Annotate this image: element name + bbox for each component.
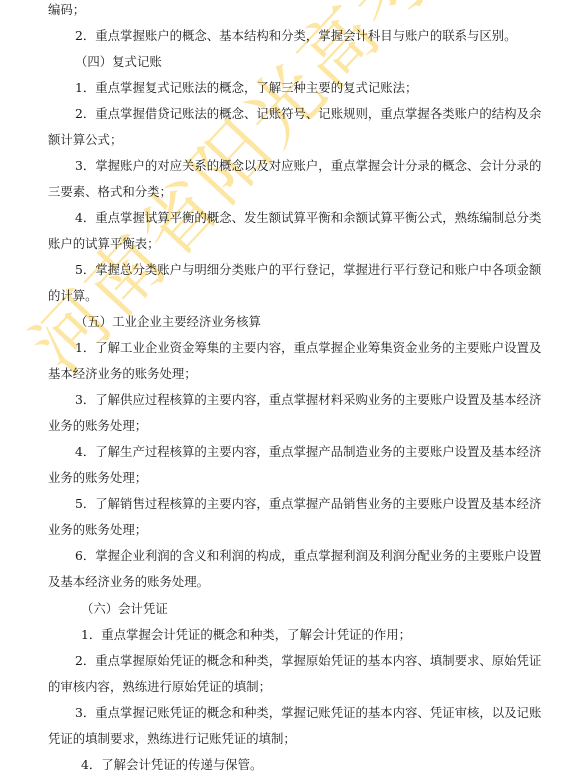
paragraph-line: 凭证的填制要求，熟练进行记账凭证的填制； bbox=[48, 731, 296, 747]
paragraph-line: 业务的账务处理； bbox=[48, 418, 147, 434]
paragraph-line: 的计算。 bbox=[48, 288, 98, 304]
paragraph-line: 额计算公式； bbox=[48, 132, 122, 148]
paragraph-line: 4．了解会计凭证的传递与保管。 bbox=[81, 757, 262, 773]
paragraph-line: 账户的试算平衡表； bbox=[48, 236, 160, 252]
paragraph-line: 4．重点掌握试算平衡的概念、发生额试算平衡和余额试算平衡公式，熟练编制总分类 bbox=[75, 210, 541, 226]
paragraph-line: 编码； bbox=[48, 2, 85, 18]
paragraph-line: 3．重点掌握记账凭证的概念和种类，掌握记账凭证的基本内容、凭证审核，以及记账 bbox=[75, 705, 541, 721]
document-page: 河南省阳光高考 编码； 2．重点掌握账户的概念、基本结构和分类，掌握会计科目与账… bbox=[0, 0, 565, 779]
paragraph-line: 及基本经济业务的账务处理。 bbox=[48, 574, 209, 590]
paragraph-line: 1．重点掌握复式记账法的概念，了解三种主要的复式记账法； bbox=[75, 80, 417, 96]
paragraph-line: 三要素、格式和分类； bbox=[48, 184, 172, 200]
paragraph-line: 1．重点掌握会计凭证的概念和种类，了解会计凭证的作用； bbox=[81, 627, 411, 643]
paragraph-line: 5．了解销售过程核算的主要内容，重点掌握产品销售业务的主要账户设置及基本经济 bbox=[75, 496, 541, 512]
paragraph-line: 的审核内容，熟练进行原始凭证的填制； bbox=[48, 679, 271, 695]
section-heading: （五）工业企业主要经济业务核算 bbox=[75, 314, 261, 330]
paragraph-line: 2．重点掌握借贷记账法的概念、记账符号、记账规则，重点掌握各类账户的结构及余 bbox=[75, 106, 541, 122]
paragraph-line: 2．重点掌握账户的概念、基本结构和分类，掌握会计科目与账户的联系与区别。 bbox=[75, 28, 517, 44]
paragraph-line: 4．了解生产过程核算的主要内容，重点掌握产品制造业务的主要账户设置及基本经济 bbox=[75, 444, 541, 460]
paragraph-line: 1．了解工业企业资金筹集的主要内容，重点掌握企业筹集资金业务的主要账户设置及 bbox=[75, 340, 541, 356]
paragraph-line: 2．重点掌握原始凭证的概念和种类，掌握原始凭证的基本内容、填制要求、原始凭证 bbox=[75, 653, 541, 669]
paragraph-line: 5．掌握总分类账户与明细分类账户的平行登记，掌握进行平行登记和账户中各项金额 bbox=[75, 262, 541, 278]
paragraph-line: 3．了解供应过程核算的主要内容，重点掌握材料采购业务的主要账户设置及基本经济 bbox=[75, 392, 541, 408]
paragraph-line: 业务的账务处理； bbox=[48, 522, 147, 538]
paragraph-line: 6．掌握企业利润的含义和利润的构成，重点掌握利润及利润分配业务的主要账户设置 bbox=[75, 548, 541, 564]
section-heading: （六）会计凭证 bbox=[81, 601, 168, 617]
paragraph-line: 基本经济业务的账务处理； bbox=[48, 366, 197, 382]
paragraph-line: 3．掌握账户的对应关系的概念以及对应账户，重点掌握会计分录的概念、会计分录的 bbox=[75, 158, 541, 174]
section-heading: （四）复式记账 bbox=[75, 54, 162, 70]
paragraph-line: 业务的账务处理； bbox=[48, 470, 147, 486]
